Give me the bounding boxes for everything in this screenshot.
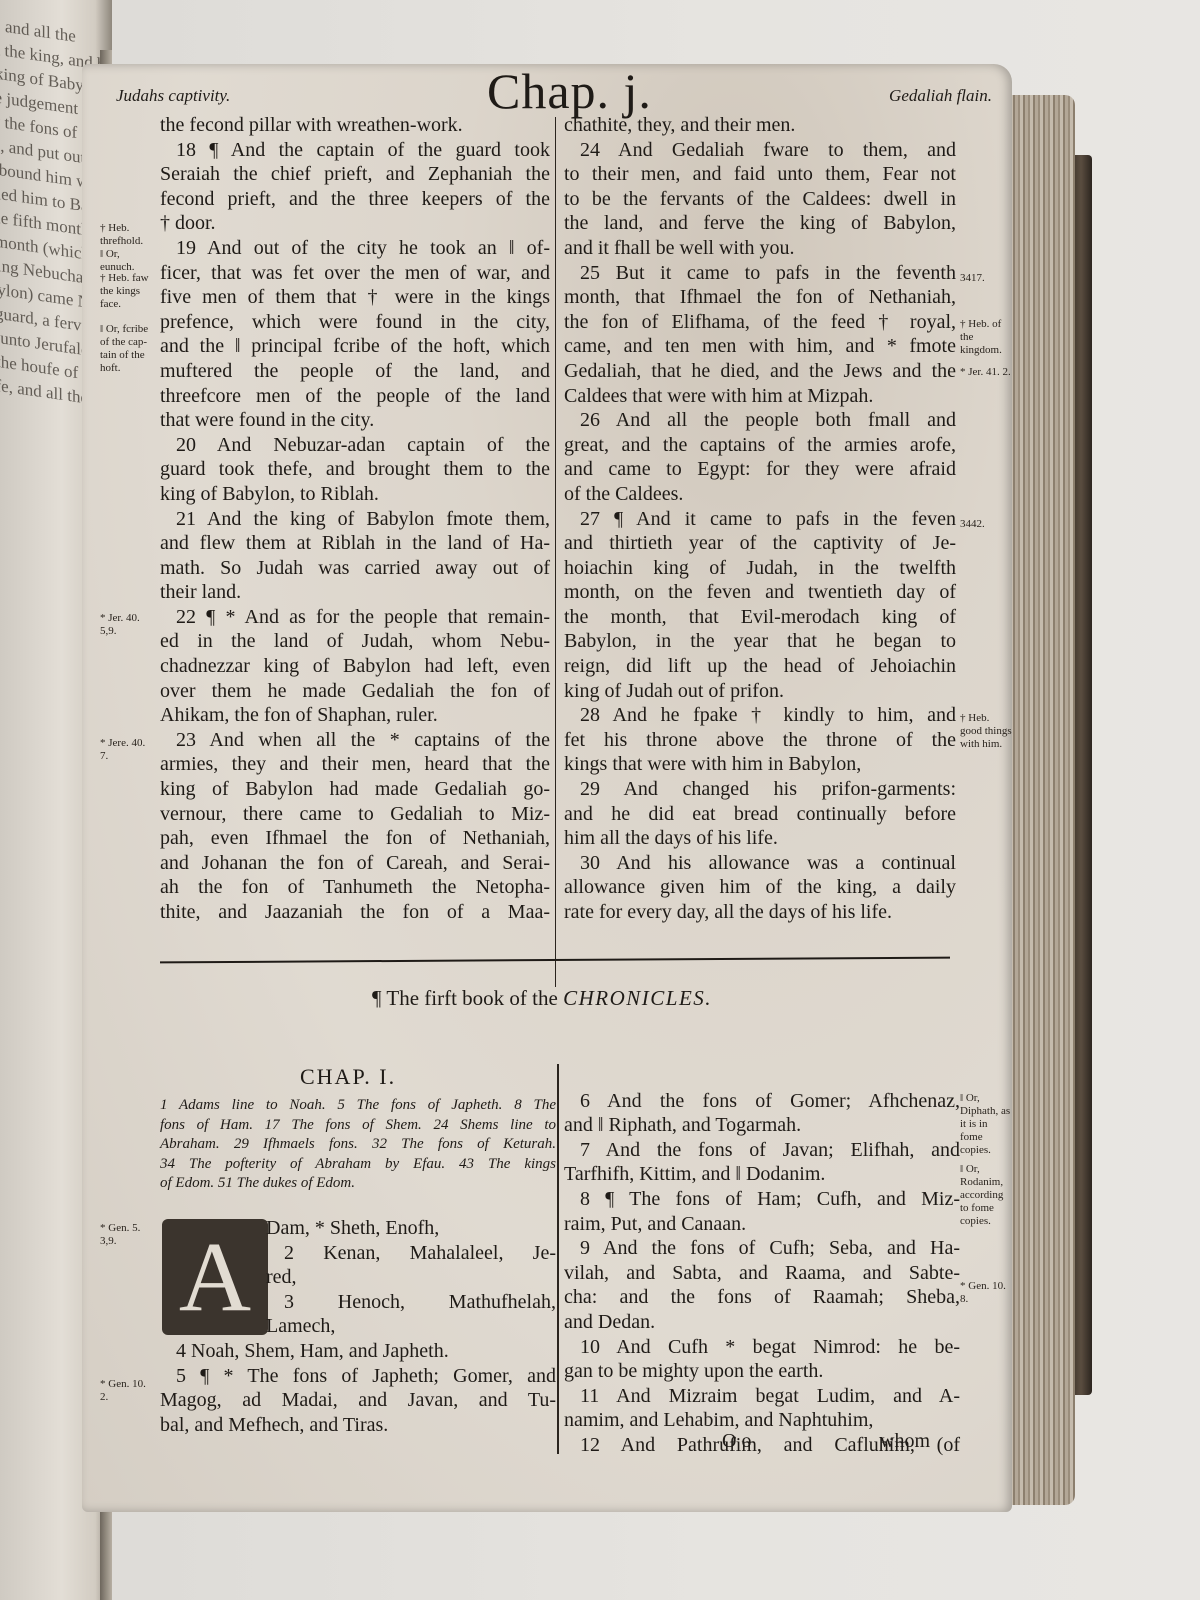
text-line: guard took thefe, and brought them to th… (160, 457, 550, 482)
text-line: 3 Henoch, Mathufhelah, (160, 1290, 556, 1315)
text-line: † door. (160, 211, 550, 236)
summary-line: Abraham. 29 Ifhmaels fons. 32 The fons o… (160, 1135, 556, 1155)
text-line: that were found in the city. (160, 408, 550, 433)
text-line: 19 And out of the city he took an ‖ of- (160, 236, 550, 261)
text-line: to be the fervants of the Caldees: dwell… (564, 187, 956, 212)
text-column-bottom-left: Dam, * Sheth, Enofh,2 Kenan, Mahalaleel,… (160, 1216, 556, 1437)
margin-note: † Heb. faw the kings face. (100, 272, 152, 311)
text-line: king of Judah out of prifon. (564, 679, 956, 704)
margin-note: ‖ Or, fcribe of the cap- tain of the hof… (100, 323, 152, 375)
text-line: chadnezzar king of Babylon had left, eve… (160, 654, 550, 679)
text-line: bal, and Mefhech, and Tiras. (160, 1413, 556, 1438)
text-line: 24 And Gedaliah fware to them, and (564, 138, 956, 163)
margin-note: 3442. (960, 518, 1012, 531)
running-head-right: Gedaliah flain. (889, 86, 992, 106)
margin-note: † Heb. threfhold. (100, 222, 152, 248)
summary-line: of Edom. 51 The dukes of Edom. (160, 1174, 556, 1194)
text-line: 27 ¶ And it came to pafs in the feven (564, 507, 956, 532)
text-line: chathite, they, and their men. (564, 113, 956, 138)
text-line: prefence, which were found in the city, (160, 310, 550, 335)
running-head-left: Judahs captivity. (116, 86, 230, 106)
text-line: vilah, and Sabta, and Raama, and Sabte- (564, 1261, 960, 1286)
margin-note: ‖ Or, eunuch. (100, 248, 152, 274)
column-rule (557, 1064, 559, 1454)
text-line: the land, and ferve the king of Babylon, (564, 211, 956, 236)
text-line: to their men, and faid unto them, Fear n… (564, 162, 956, 187)
text-line: king of Babylon had made Gedaliah go- (160, 777, 550, 802)
text-line: of the Caldees. (564, 482, 956, 507)
text-line: came, and ten men with him, and * fmote (564, 334, 956, 359)
text-line: Babylon, in the year that he began to (564, 629, 956, 654)
text-line: and the ‖ principal fcribe of the hoft, … (160, 334, 550, 359)
text-line: the month, that Evil-merodach king of (564, 605, 956, 630)
chapter-summary: 1 Adams line to Noah. 5 The fons of Japh… (160, 1096, 556, 1194)
text-line: over them he made Gedaliah the fon of (160, 679, 550, 704)
text-line: 21 And the king of Babylon fmote them, (160, 507, 550, 532)
margin-note: † Heb. of the kingdom. (960, 318, 1012, 357)
text-line: 28 And he fpake † kindly to him, and (564, 703, 956, 728)
text-line: Magog, ad Madai, and Javan, and Tu- (160, 1388, 556, 1413)
text-line: and ‖ Riphath, and Togarmah. (564, 1113, 960, 1138)
margin-note: * Gen. 5. 3,9. (100, 1222, 152, 1248)
book-title-prefix: ¶ The firft book of the (372, 986, 558, 1010)
book-page: Judahs captivity. Chap. j. Gedaliah flai… (82, 64, 1012, 1512)
text-line: 22 ¶ * And as for the people that remain… (160, 605, 550, 630)
text-line: kings that were with him in Babylon, (564, 752, 956, 777)
text-line: 4 Noah, Shem, Ham, and Japheth. (160, 1339, 556, 1364)
text-line: muftered the people of the land, and (160, 359, 550, 384)
text-line: Dam, * Sheth, Enofh, (160, 1216, 556, 1241)
chapter-number-header: Chap. j. (487, 62, 652, 120)
text-line: fet his throne above the throne of the (564, 728, 956, 753)
text-line: rate for every day, all the days of his … (564, 900, 956, 925)
margin-note: * Jere. 40. 7. (100, 737, 152, 763)
text-line: and flew them at Riblah in the land of H… (160, 531, 550, 556)
text-line: king of Babylon, to Riblah. (160, 482, 550, 507)
running-head: Judahs captivity. Chap. j. Gedaliah flai… (112, 70, 992, 114)
text-line: ficer, that was fet over the men of war,… (160, 261, 550, 286)
text-line: Gedaliah, that he died, and the Jews and… (564, 359, 956, 384)
text-line: 9 And the fons of Cufh; Seba, and Ha- (564, 1236, 960, 1261)
text-line: Caldees that were with him at Mizpah. (564, 384, 956, 409)
text-line: 6 And the fons of Gomer; Afhchenaz, (564, 1089, 960, 1114)
text-line: five men of them that † were in the king… (160, 285, 550, 310)
column-rule (555, 117, 556, 987)
text-line: Ahikam, the fon of Shaphan, ruler. (160, 703, 550, 728)
text-line: gan to be mighty upon the earth. (564, 1359, 960, 1384)
text-line: 30 And his allowance was a continual (564, 851, 956, 876)
text-line: their land. (160, 580, 550, 605)
book-title-name: CHRONICLES. (563, 986, 712, 1010)
text-line: Lamech, (160, 1314, 556, 1339)
text-line: 26 And all the people both fmall and (564, 408, 956, 433)
text-line: 18 ¶ And the captain of the guard took (160, 138, 550, 163)
text-line: Seraiah the chief prieft, and Zephaniah … (160, 162, 550, 187)
margin-note: ‖ Or, Diphath, as it is in fome copies. (960, 1092, 1012, 1157)
text-line: fecond prieft, and the three keepers of … (160, 187, 550, 212)
margin-note: * Jer. 41. 2. (960, 366, 1012, 379)
text-line: 7 And the fons of Javan; Elifhah, and (564, 1138, 960, 1163)
text-line: cha: and the fons of Raamah; Sheba, (564, 1285, 960, 1310)
text-line: 10 And Cufh * begat Nimrod: he be- (564, 1335, 960, 1360)
text-line: and came to Egypt: for they were afraid (564, 457, 956, 482)
text-line: month, that Ifhmael the fon of Nethaniah… (564, 285, 956, 310)
text-line: 29 And changed his prifon-garments: (564, 777, 956, 802)
text-column-top-right: chathite, they, and their men.24 And Ged… (564, 113, 956, 925)
text-line: and thirtieth year of the captivity of J… (564, 531, 956, 556)
text-column-bottom-right: 6 And the fons of Gomer; Afhchenaz,and ‖… (564, 1064, 960, 1458)
margin-note: * Gen. 10. 2. (100, 1378, 152, 1404)
text-line: 25 But it came to pafs in the feventh (564, 261, 956, 286)
margin-note: † Heb. good things with him. (960, 712, 1012, 751)
text-line: threefcore men of the people of the land (160, 384, 550, 409)
margin-note: ‖ Or, Rodanim, according to fome copies. (960, 1163, 1012, 1228)
text-line: 2 Kenan, Mahalaleel, Je- (160, 1241, 556, 1266)
text-line: 23 And when all the * captains of the (160, 728, 550, 753)
text-line: ah the fon of Tanhumeth the Netopha- (160, 875, 550, 900)
summary-line: 34 The pofterity of Abraham by Efau. 43 … (160, 1155, 556, 1175)
text-line: him all the days of his life. (564, 826, 956, 851)
text-line: 8 ¶ The fons of Ham; Cufh, and Miz- (564, 1187, 960, 1212)
text-column-top-left: the fecond pillar with wreathen-work.18 … (160, 113, 550, 925)
book-title: ¶ The firft book of the CHRONICLES. (372, 986, 712, 1011)
margin-note: * Gen. 10. 8. (960, 1280, 1012, 1306)
text-line: armies, they and their men, heard that t… (160, 752, 550, 777)
summary-line: 1 Adams line to Noah. 5 The fons of Japh… (160, 1096, 556, 1116)
text-line: math. So Judah was carried away out of (160, 556, 550, 581)
text-line: and Johanan the fon of Careah, and Serai… (160, 851, 550, 876)
text-line: and he did eat bread continually before (564, 802, 956, 827)
text-line: the fon of Elifhama, of the feed † royal… (564, 310, 956, 335)
text-line: and Dedan. (564, 1310, 960, 1335)
text-line: vernour, there came to Gedaliah to Miz- (160, 802, 550, 827)
text-line: 20 And Nebuzar-adan captain of the (160, 433, 550, 458)
signature-mark: O o (722, 1430, 751, 1453)
text-line: Tarfhifh, Kittim, and ‖ Dodanim. (564, 1162, 960, 1187)
text-line: pah, even Ifhmael the fon of Nethaniah, (160, 826, 550, 851)
catchword: whom (880, 1430, 930, 1453)
chapter-heading: CHAP. I. (300, 1064, 396, 1090)
text-line: raim, Put, and Canaan. (564, 1212, 960, 1237)
text-line: great, and the captains of the armies ar… (564, 433, 956, 458)
text-line: ed in the land of Judah, whom Nebu- (160, 629, 550, 654)
summary-line: fons of Ham. 17 The fons of Shem. 24 She… (160, 1116, 556, 1136)
text-line: thite, and Jaazaniah the fon of a Maa- (160, 900, 550, 925)
text-line: red, (160, 1265, 556, 1290)
text-line: 5 ¶ * The fons of Japheth; Gomer, and (160, 1364, 556, 1389)
text-line: reign, did lift up the head of Jehoiachi… (564, 654, 956, 679)
text-line: the fecond pillar with wreathen-work. (160, 113, 550, 138)
text-line: 11 And Mizraim begat Ludim, and A- (564, 1384, 960, 1409)
text-line (564, 1064, 960, 1089)
text-line: and it fhall be well with you. (564, 236, 956, 261)
margin-note: * Jer. 40. 5,9. (100, 612, 152, 638)
text-line: allowance given him of the king, a daily (564, 875, 956, 900)
margin-note: 3417. (960, 272, 1012, 285)
text-line: month, on the feven and twentieth day of (564, 580, 956, 605)
text-line: hoiachin king of Judah, in the twelfth (564, 556, 956, 581)
